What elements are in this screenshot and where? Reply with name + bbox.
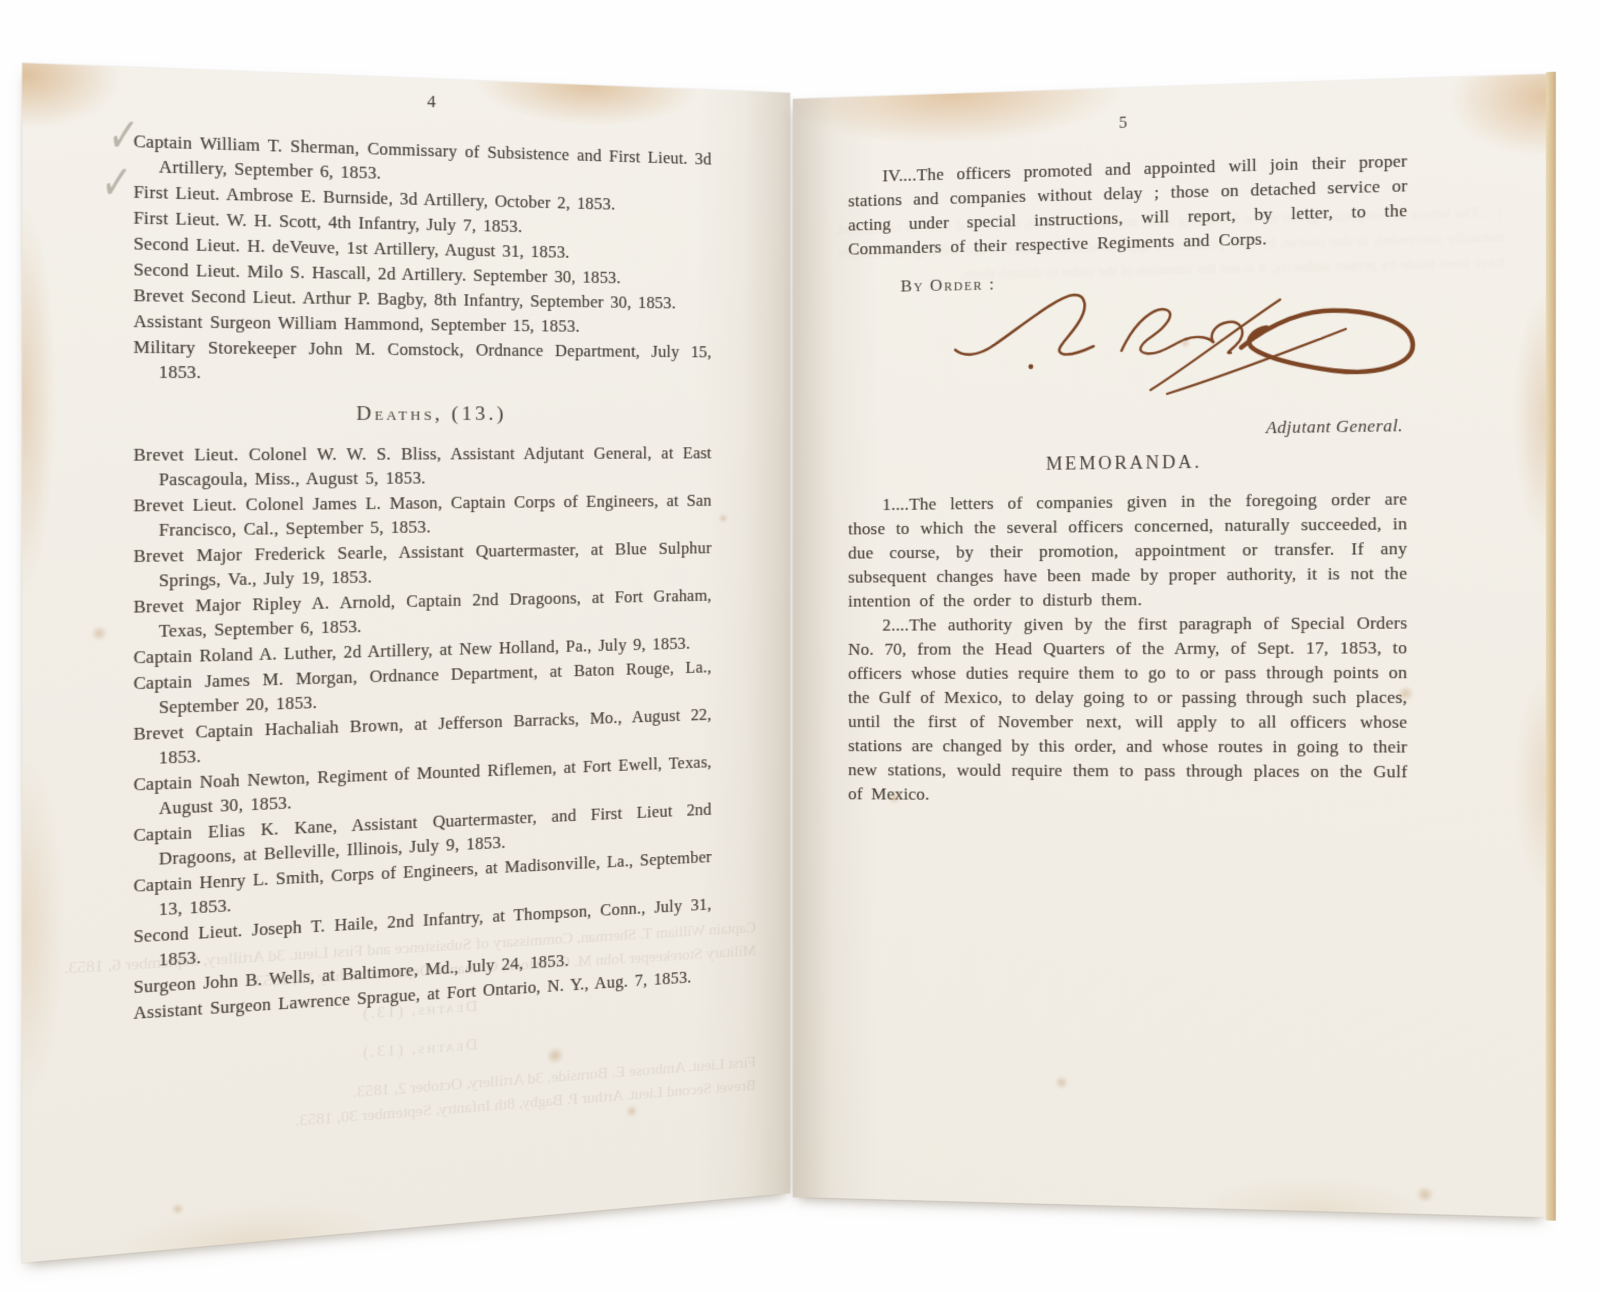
page-right-surface: 5 IV....The officers promoted and appoin… <box>793 74 1547 1217</box>
foxing-spot <box>719 514 728 523</box>
list-item: Brevet Lieut. Colonel W. W. S. Bliss, As… <box>133 442 711 493</box>
page-left: ✓ ✓ 4 Captain William T. Sherman, Commis… <box>22 63 790 1263</box>
page-right: 5 IV....The officers promoted and appoin… <box>793 74 1547 1217</box>
memo-paragraph-2: 2....The authority given by the first pa… <box>848 611 1407 809</box>
page-number: 5 <box>848 106 1407 142</box>
show-through-text: 1....The letters of companies given in t… <box>833 200 1504 368</box>
foxing-spot <box>171 1203 184 1215</box>
list-item: Military Storekeeper John M. Comstock, O… <box>133 336 711 388</box>
page-right-content: 5 IV....The officers promoted and appoin… <box>848 79 1407 810</box>
memo-paragraph-1: 1....The letters of companies given in t… <box>848 487 1407 614</box>
list-item: Brevet Lieut. Colonel James L. Mason, Ca… <box>133 490 711 544</box>
foxing-spot <box>90 626 107 640</box>
foxing-spot <box>1054 1076 1068 1088</box>
page-left-surface: ✓ ✓ 4 Captain William T. Sherman, Commis… <box>22 63 790 1263</box>
show-through-text: Captain William T. Sherman, Commissary o… <box>55 917 756 1153</box>
foxing-spot <box>1415 1187 1435 1202</box>
deaths-heading: Deaths, (13.) <box>133 403 711 427</box>
photo-background: ✓ ✓ 4 Captain William T. Sherman, Commis… <box>0 0 1600 1292</box>
memoranda-heading: MEMORANDA. <box>848 449 1407 478</box>
pencil-checkmark-icon: ✓ <box>99 153 133 214</box>
page-number: 4 <box>133 82 711 122</box>
appointments-list: Captain William T. Sherman, Commissary o… <box>133 130 711 388</box>
page-left-content: 4 Captain William T. Sherman, Commissary… <box>133 67 711 1027</box>
